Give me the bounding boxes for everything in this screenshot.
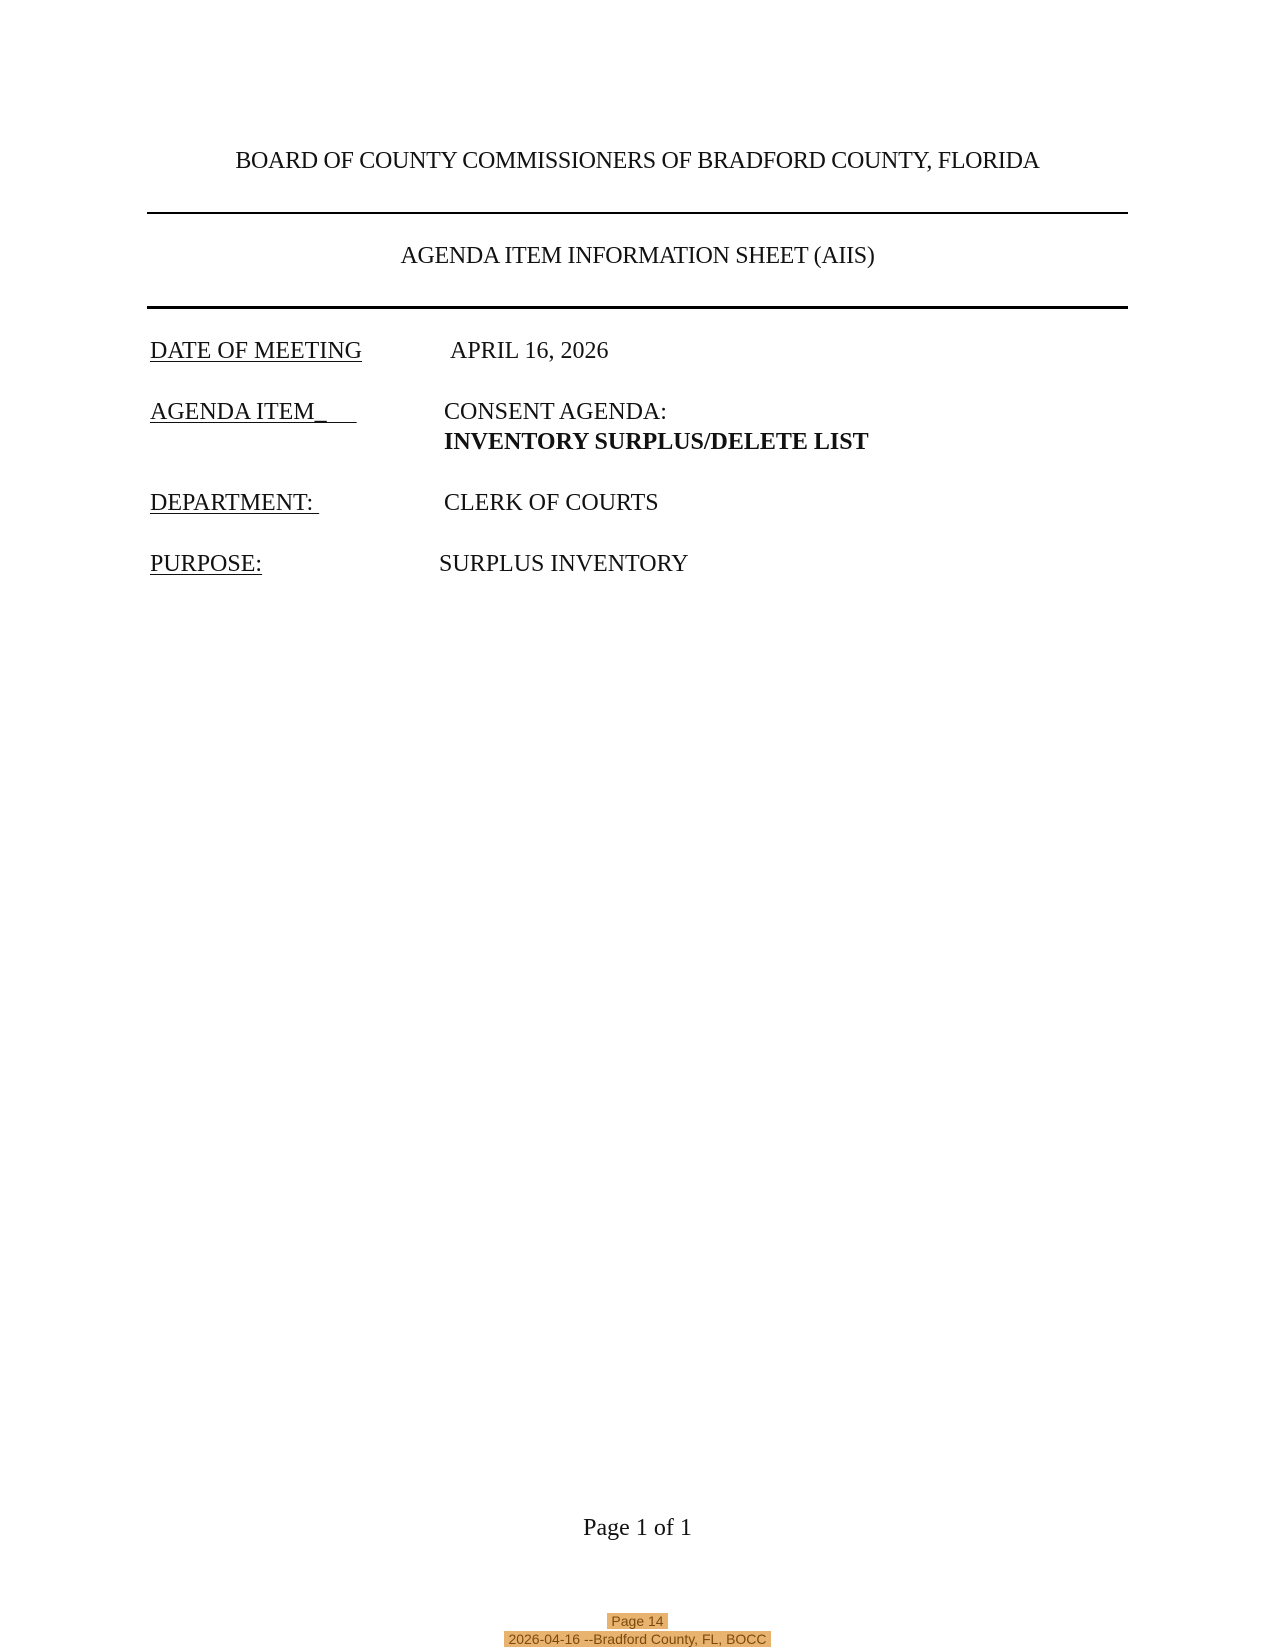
purpose-label: PURPOSE: — [150, 551, 262, 578]
agenda-item-label: AGENDA ITEM_ — [150, 399, 357, 426]
document-title: AGENDA ITEM INFORMATION SHEET (AIIS) — [0, 243, 1275, 270]
stamp-meeting-info-text: 2026-04-16 --Bradford County, FL, BOCC — [504, 1631, 770, 1647]
stamp-page-number-text: Page 14 — [607, 1613, 667, 1629]
organization-title: BOARD OF COUNTY COMMISSIONERS OF BRADFOR… — [0, 148, 1275, 175]
department-label: DEPARTMENT: — [150, 490, 319, 517]
page-indicator: Page 1 of 1 — [0, 1515, 1275, 1542]
stamp-meeting-info: 2026-04-16 --Bradford County, FL, BOCC — [0, 1631, 1275, 1647]
date-of-meeting-label: DATE OF MEETING — [150, 338, 362, 365]
purpose-value: SURPLUS INVENTORY — [439, 551, 689, 578]
agenda-item-category: CONSENT AGENDA: — [444, 399, 667, 426]
department-value: CLERK OF COURTS — [444, 490, 659, 517]
agenda-item-title: INVENTORY SURPLUS/DELETE LIST — [444, 429, 869, 456]
stamp-page-number: Page 14 — [0, 1613, 1275, 1629]
header-divider — [147, 212, 1128, 214]
date-of-meeting-value: APRIL 16, 2026 — [450, 338, 608, 365]
title-divider — [147, 306, 1128, 309]
